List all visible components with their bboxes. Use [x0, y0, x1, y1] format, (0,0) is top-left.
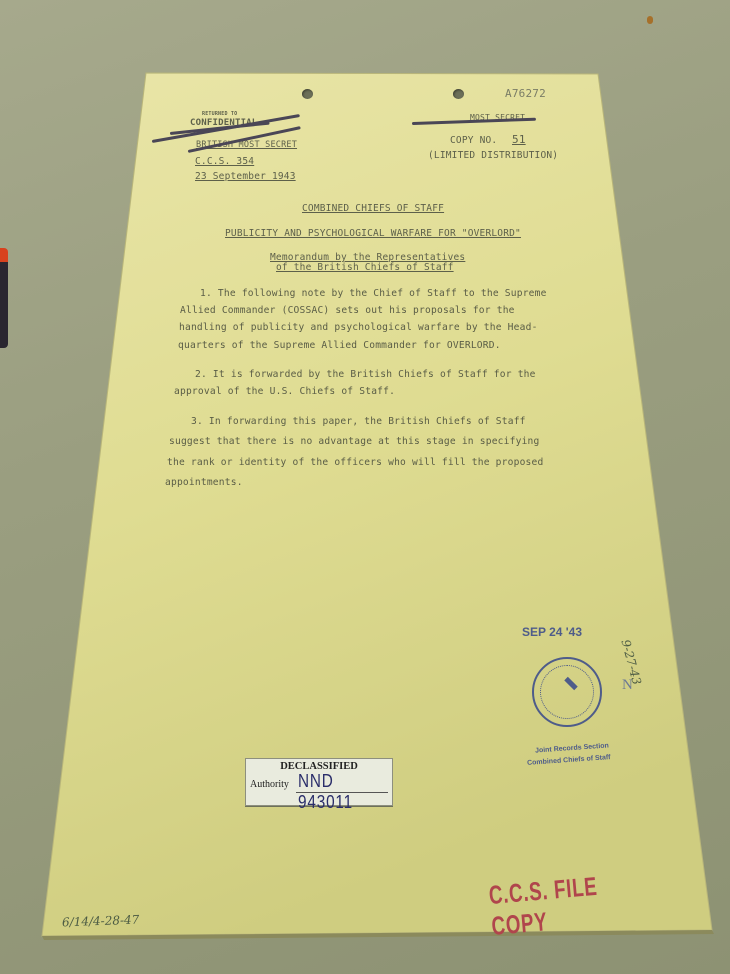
- clock-stamp-ring: [540, 665, 594, 719]
- ccs-number: C.C.S. 354: [195, 156, 254, 167]
- paragraph-1-line: handling of publicity and psychological …: [179, 322, 538, 333]
- document-number: A76272: [505, 87, 546, 100]
- authority-underline: [296, 792, 388, 793]
- received-date-stamp: SEP 24 '43: [522, 625, 582, 639]
- paragraph-3-line: the rank or identity of the officers who…: [167, 457, 543, 468]
- punch-hole-left: [302, 89, 313, 99]
- copy-number: 51: [512, 133, 526, 146]
- document-date: 23 September 1943: [195, 171, 296, 182]
- document-paper: [0, 0, 730, 974]
- returned-to-label: RETURNED TO: [202, 111, 237, 117]
- paragraph-3-line: suggest that there is no advantage at th…: [169, 436, 540, 447]
- paragraph-3-line: 3. In forwarding this paper, the British…: [191, 416, 526, 427]
- paragraph-2-line: approval of the U.S. Chiefs of Staff.: [174, 386, 395, 397]
- authority-label: Authority: [250, 779, 289, 790]
- memo-line-2: of the British Chiefs of Staff: [276, 262, 454, 273]
- document-subject: PUBLICITY AND PSYCHOLOGICAL WARFARE FOR …: [225, 228, 521, 239]
- clock-stamp: [532, 657, 602, 727]
- paragraph-3-line: appointments.: [165, 477, 243, 488]
- punch-hole-right: [453, 89, 464, 99]
- paragraph-1-line: quarters of the Supreme Allied Commander…: [178, 340, 501, 351]
- paragraph-1-line: Allied Commander (COSSAC) sets out his p…: [180, 305, 515, 316]
- copy-label: COPY NO.: [450, 135, 497, 146]
- bottom-handwritten-note: 6/14/4-28-47: [62, 913, 140, 930]
- declassified-label: DECLASSIFIED Authority NND 943011: [245, 758, 393, 806]
- distribution-note: (LIMITED DISTRIBUTION): [428, 150, 558, 161]
- document-title: COMBINED CHIEFS OF STAFF: [302, 203, 444, 214]
- paragraph-1-line: 1. The following note by the Chief of St…: [200, 288, 547, 299]
- paragraph-2-line: 2. It is forwarded by the British Chiefs…: [195, 369, 536, 380]
